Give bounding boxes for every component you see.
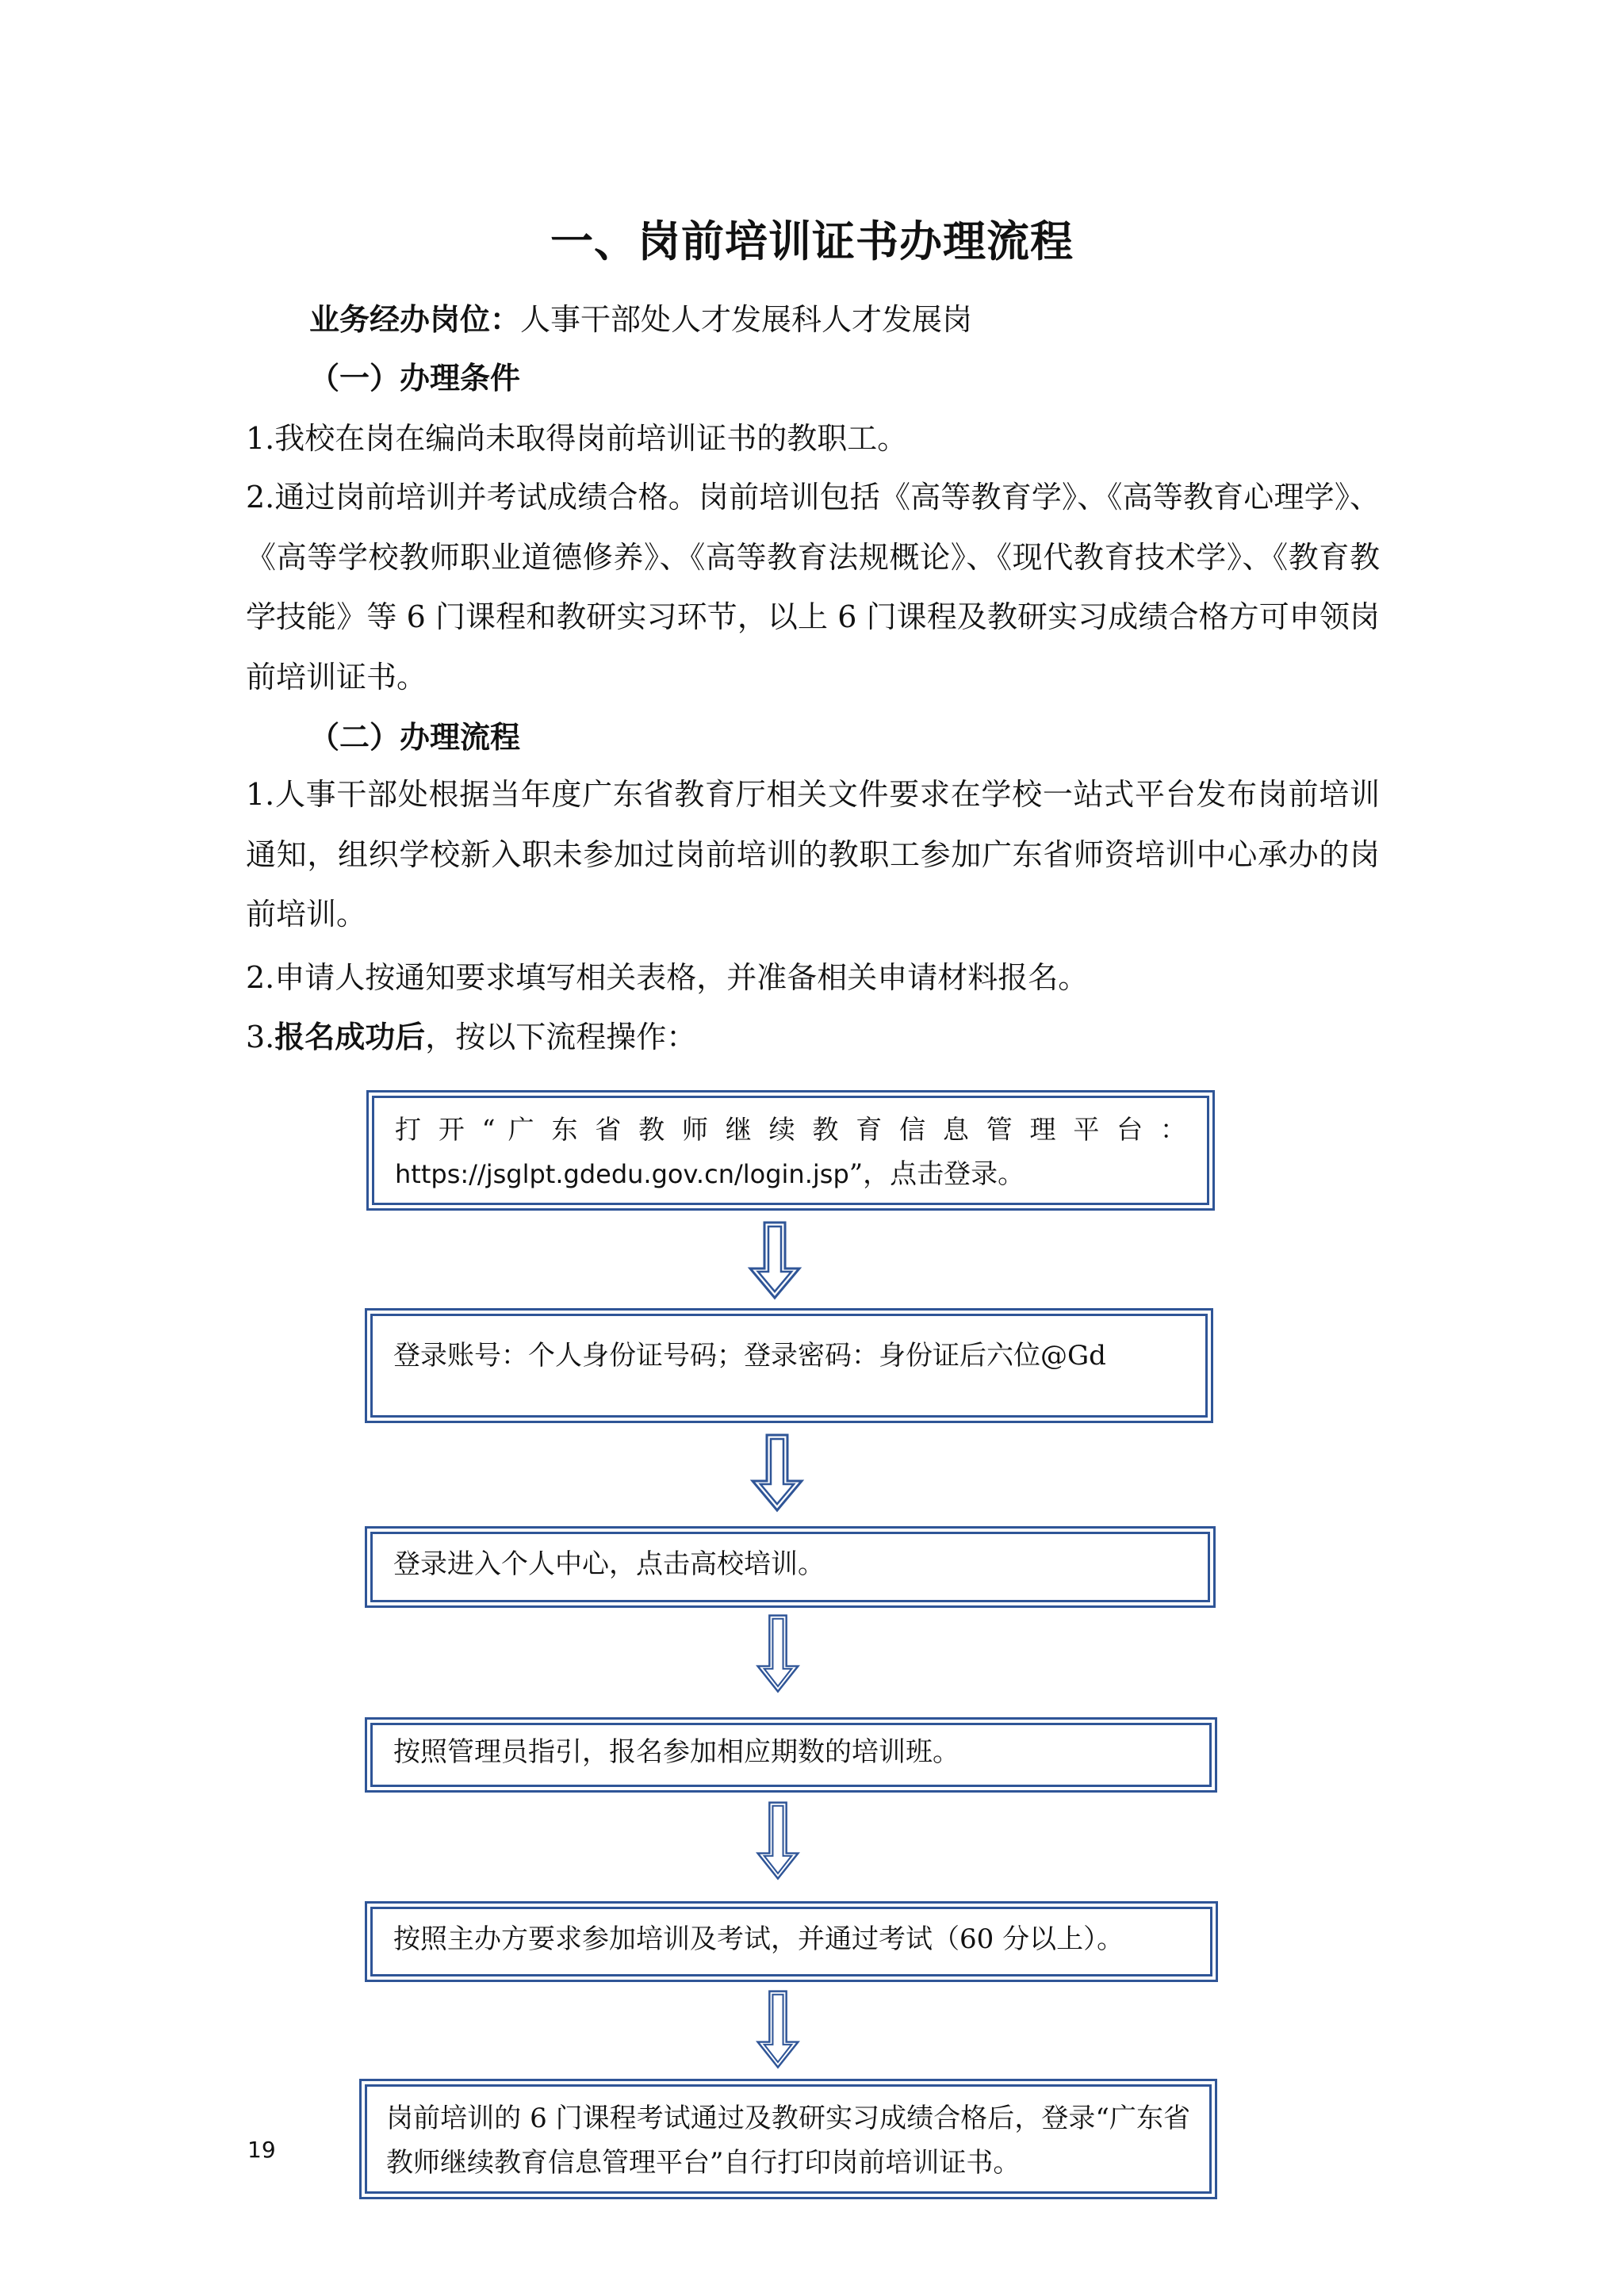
down-arrow-icon <box>750 1990 806 2069</box>
section2-item-3: 3.报名成功后，按以下流程操作： <box>246 1017 696 1057</box>
section1-item-1: 1.我校在岗在编尚未取得岗前培训证书的教职工。 <box>246 419 907 458</box>
flow-step-6: 岗前培训的 6 门课程考试通过及教研实习成绩合格后，登录“广东省教师继续教育信息… <box>359 2079 1217 2199</box>
post-value: 人事干部处人才发展科人才发展岗 <box>520 302 972 337</box>
section2-heading: （二）办理流程 <box>309 717 520 757</box>
down-arrow-icon <box>750 1801 806 1881</box>
section1-heading: （一）办理条件 <box>309 358 520 398</box>
flow-step-3: 登录进入个人中心，点击高校培训。 <box>365 1526 1216 1608</box>
post-line: 业务经办岗位：人事干部处人才发展科人才发展岗 <box>309 300 972 339</box>
page-title: 一、岗前培训证书办理流程 <box>0 208 1624 269</box>
item3-prefix: 3. <box>246 1020 274 1054</box>
section2-item-2: 2.申请人按通知要求填写相关表格，并准备相关申请材料报名。 <box>246 958 1088 997</box>
flow-step-4: 按照管理员指引，报名参加相应期数的培训班。 <box>365 1717 1217 1793</box>
down-arrow-icon <box>749 1433 805 1513</box>
item3-bold: 报名成功后 <box>274 1020 425 1054</box>
platform-url: https://jsglpt.gdedu.gov.cn/login.jsp <box>395 1159 849 1189</box>
item3-rest: ，按以下流程操作： <box>425 1020 696 1054</box>
flow-step-1-line1: 打 开 “ 广 东 省 教 师 继 续 教 育 信 息 管 理 平 台 ： <box>395 1108 1186 1152</box>
flow-step-1-line2: https://jsglpt.gdedu.gov.cn/login.jsp”，点… <box>395 1152 1186 1196</box>
flow-step-2: 登录账号：个人身份证号码；登录密码：身份证后六位@Gd <box>365 1308 1213 1423</box>
flow-step-1: 打 开 “ 广 东 省 教 师 继 续 教 育 信 息 管 理 平 台 ： ht… <box>366 1090 1215 1211</box>
section1-item-2: 2.通过岗前培训并考试成绩合格。岗前培训包括《高等教育学》、《高等教育心理学》、… <box>246 468 1380 707</box>
down-arrow-icon <box>750 1614 806 1693</box>
page-number: 19 <box>247 2137 276 2163</box>
section2-item-1: 1.人事干部处根据当年度广东省教育厅相关文件要求在学校一站式平台发布岗前培训通知… <box>246 765 1380 945</box>
flow-step-5: 按照主办方要求参加培训及考试，并通过考试（60 分以上）。 <box>365 1901 1218 1982</box>
post-label: 业务经办岗位： <box>309 302 520 337</box>
down-arrow-icon <box>747 1221 802 1300</box>
